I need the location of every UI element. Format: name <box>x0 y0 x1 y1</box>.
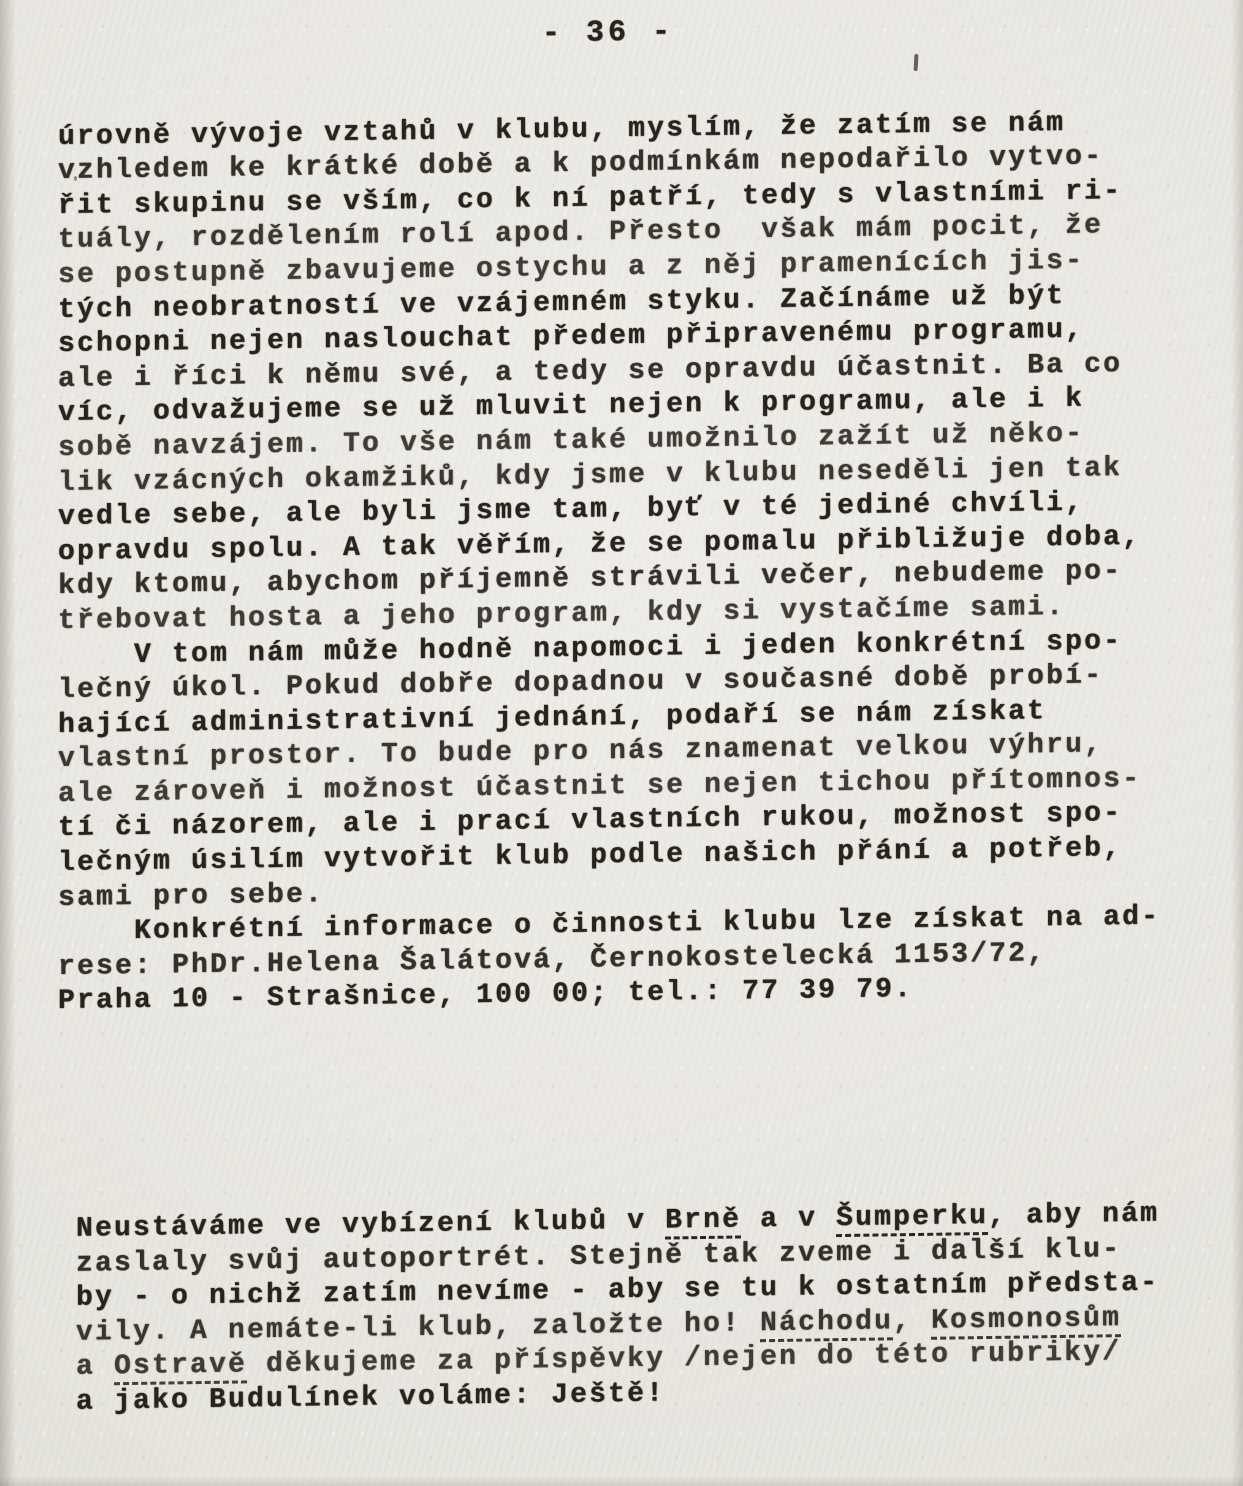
paragraph-spolecny-ukol: V tom nám může hodně napomoci i jeden ko… <box>58 623 1218 916</box>
underlined-word: Šumperku <box>836 1201 988 1237</box>
paragraph-klub-vztahy: úrovně vývoje vztahů v klubu, myslím, že… <box>58 104 1218 639</box>
paragraph-vyzva-klubum: Neustáváme ve vybízení klubů v Brně a v … <box>76 1197 1218 1421</box>
page-number: - 36 - <box>0 8 1218 60</box>
underlined-word: Brně <box>665 1204 741 1239</box>
scan-edge-shadow-right <box>1231 0 1243 1486</box>
main-text-block: úrovně vývoje vztahů v klubu, myslím, že… <box>58 104 1218 1020</box>
paragraph-kontakt: Konkrétní informace o činnosti klubu lze… <box>58 900 1218 1020</box>
underlined-word: Ostravě <box>114 1350 247 1386</box>
text-segment: Neustáváme ve vybízení klubů v <box>76 1206 665 1245</box>
footer-text-block: Neustáváme ve vybízení klubů v Brně a v … <box>58 1197 1218 1421</box>
scan-edge-shadow-left <box>0 0 16 1486</box>
scan-edge-shadow-bottom <box>0 1476 1243 1486</box>
underlined-word: Kosmonosům <box>931 1303 1121 1340</box>
scanned-document-page: - 36 - úrovně vývoje vztahů v klubu, mys… <box>0 0 1243 1486</box>
text-segment: a v <box>741 1203 836 1235</box>
text-segment: , <box>893 1306 931 1338</box>
text-segment: , aby nám <box>988 1199 1159 1232</box>
underlined-word: Náchodu <box>760 1306 893 1342</box>
page-content: - 36 - úrovně vývoje vztahů v klubu, mys… <box>58 0 1218 1421</box>
text-segment: a <box>76 1352 114 1384</box>
